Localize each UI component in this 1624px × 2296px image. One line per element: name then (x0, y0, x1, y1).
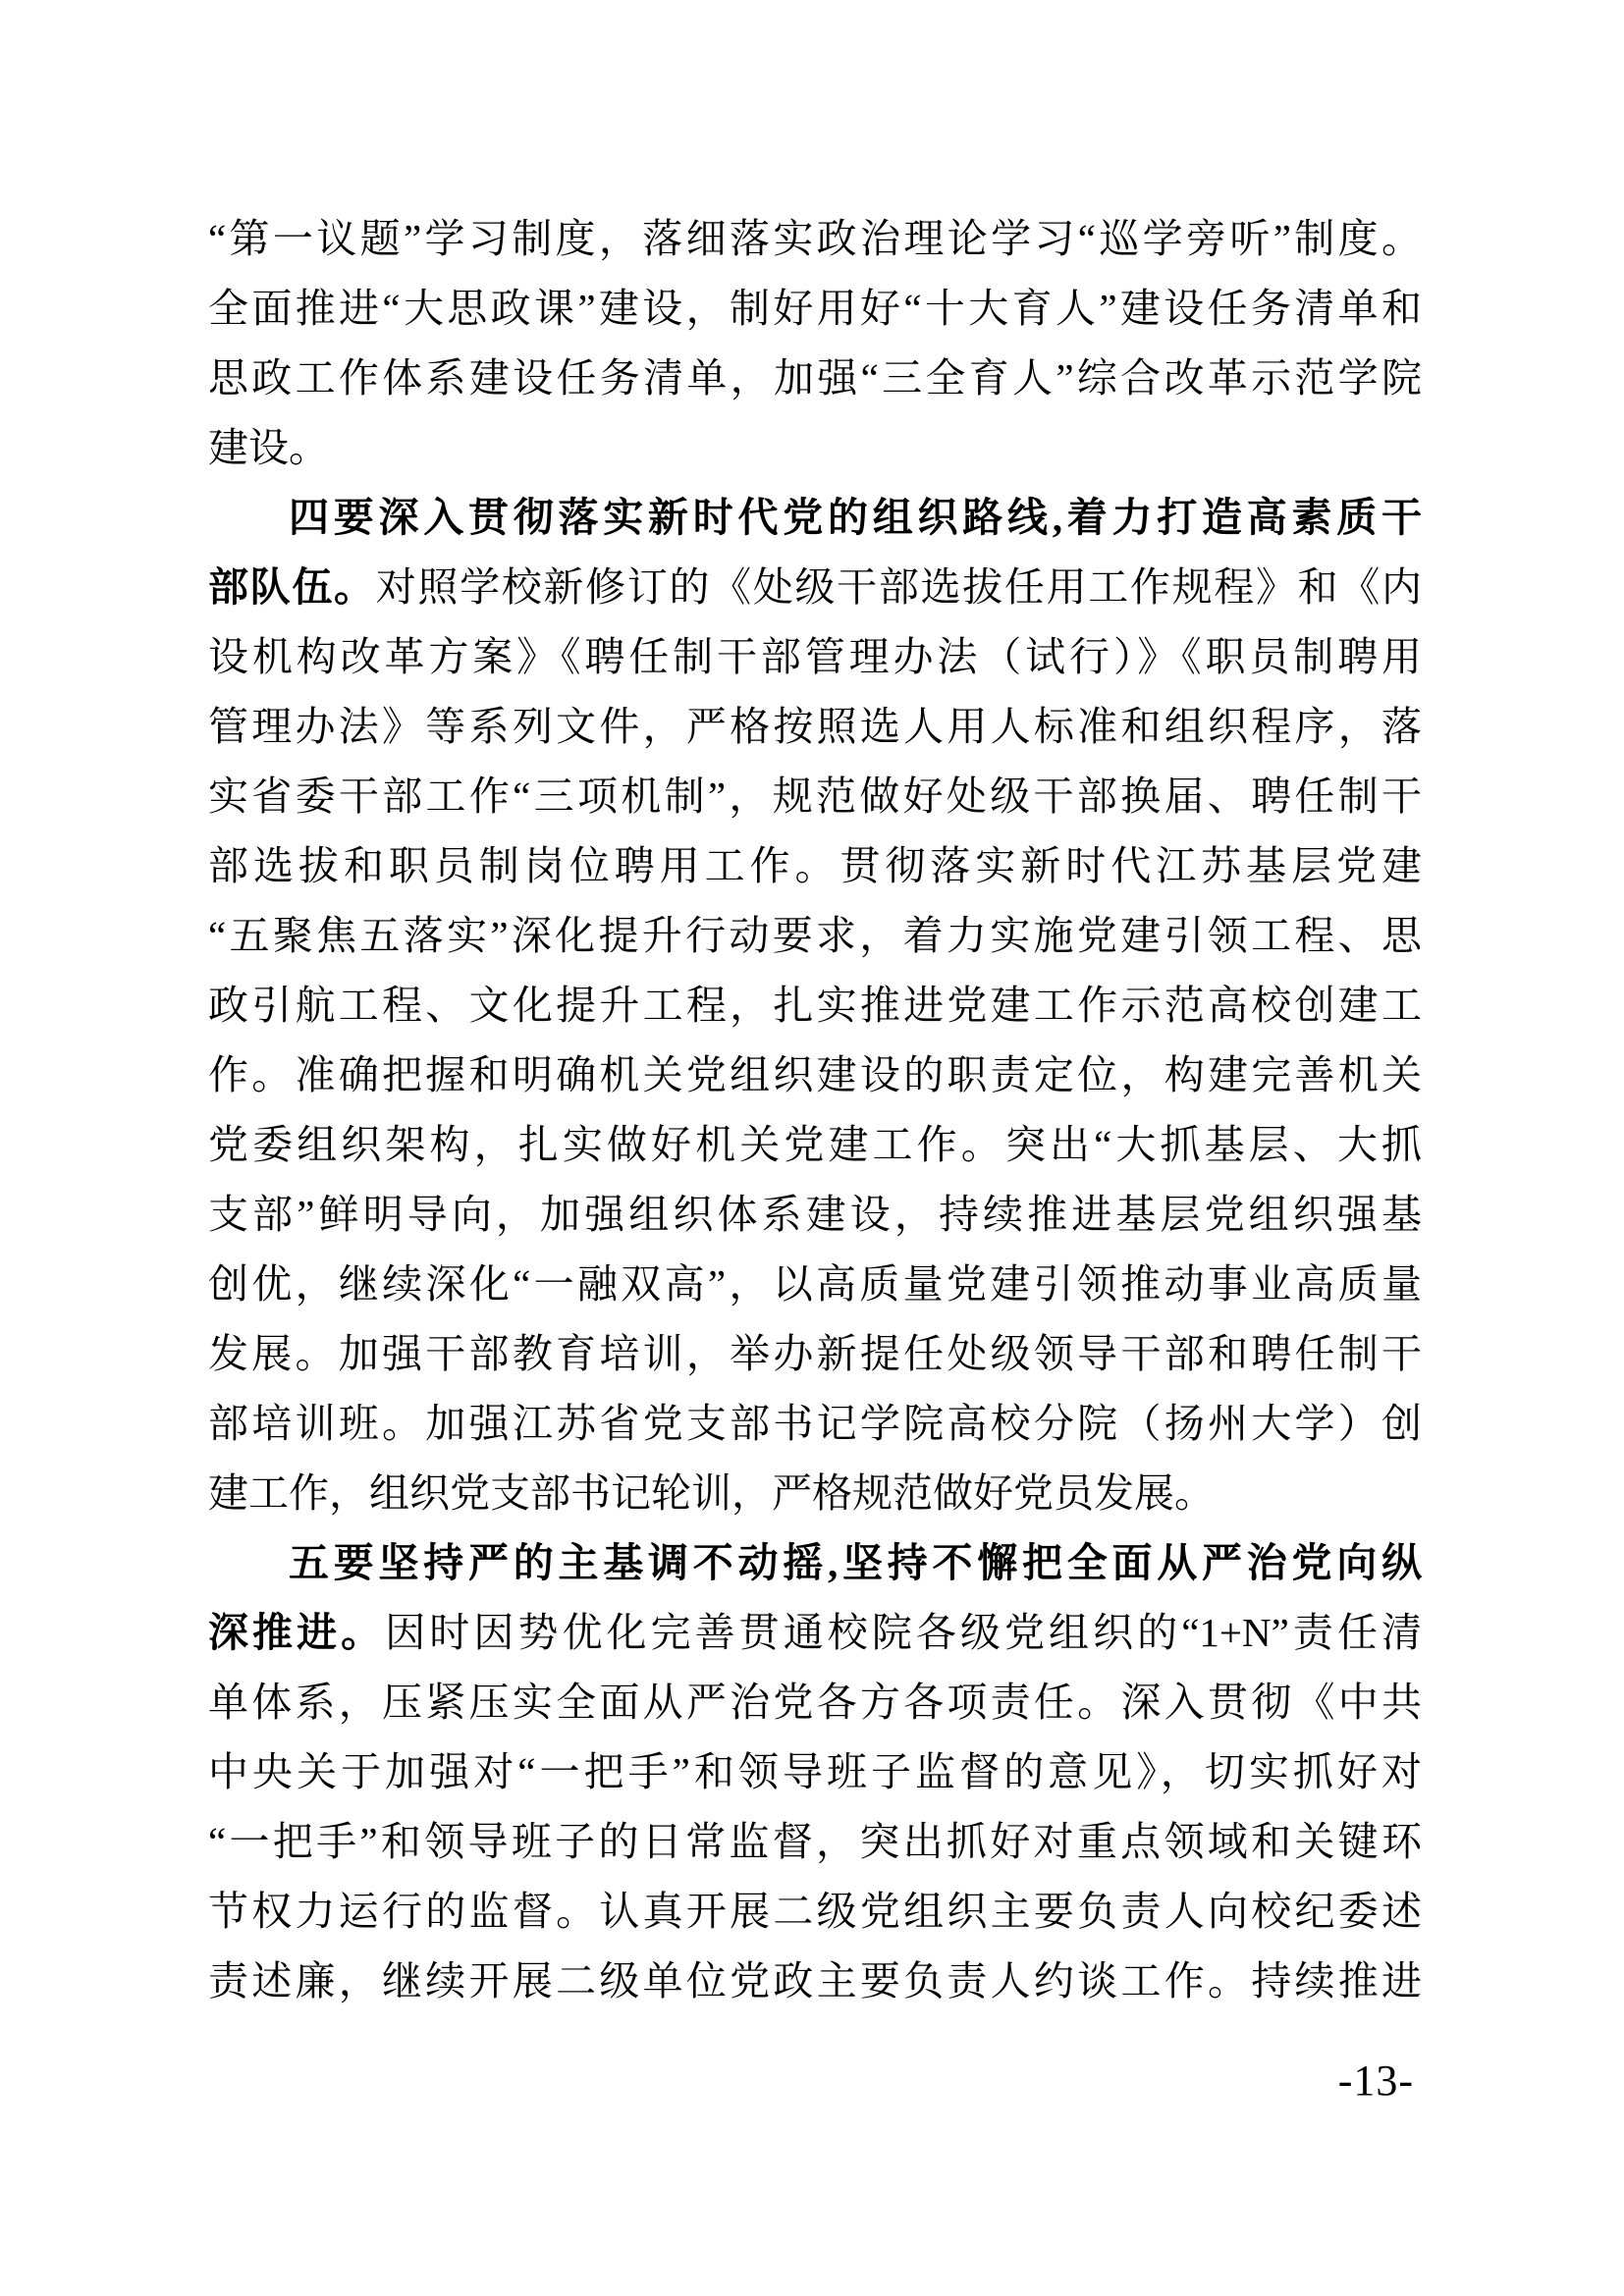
text-segment: 创优，继续深化“一融双高”，以高质量党建引领推动事业高质量 (208, 1261, 1422, 1307)
text-segment: “一把手”和领导班子的日常监督，突出抓好对重点领域和关键环 (208, 1819, 1422, 1864)
bold-text-segment: 部队伍。 (208, 564, 376, 610)
text-segment: 节权力运行的监督。认真开展二级党组织主要负责人向校纪委述 (208, 1889, 1422, 1934)
text-segment: 支部”鲜明导向，加强组织体系建设，持续推进基层党组织强基 (208, 1192, 1422, 1237)
text-segment: “第一议题”学习制度，落细落实政治理论学习“巡学旁听”制度。 (208, 216, 1422, 261)
text-line: 中央关于加强对“一把手”和领导班子监督的意见》，切实抓好对 (208, 1737, 1422, 1807)
text-segment: 建设。 (208, 425, 329, 470)
text-line: 深推进。因时因势优化完善贯通校院各级党组织的“1+N”责任清 (208, 1598, 1422, 1668)
text-line: 责述廉，继续开展二级单位党政主要负责人约谈工作。持续推进 (208, 1947, 1422, 2016)
text-line: 政引航工程、文化提升工程，扎实推进党建工作示范高校创建工 (208, 971, 1422, 1041)
text-line: 管理办法》等系列文件，严格按照选人用人标准和组织程序，落 (208, 692, 1422, 762)
document-body: “第一议题”学习制度，落细落实政治理论学习“巡学旁听”制度。全面推进“大思政课”… (208, 204, 1422, 2016)
text-line: 全面推进“大思政课”建设，制好用好“十大育人”建设任务清单和 (208, 274, 1422, 344)
bold-text-segment: 五要坚持严的主基调不动摇,坚持不懈把全面从严治党向纵 (289, 1540, 1422, 1585)
text-segment: 因时因势优化完善贯通校院各级党组织的“1+N”责任清 (385, 1610, 1422, 1655)
text-line: 部队伍。对照学校新修订的《处级干部选拔任用工作规程》和《内 (208, 553, 1422, 622)
text-segment: “五聚焦五落实”深化提升行动要求，着力实施党建引领工程、思 (208, 913, 1422, 958)
text-segment: 实省委干部工作“三项机制”，规范做好处级干部换届、聘任制干 (208, 774, 1422, 819)
text-segment: 建工作，组织党支部书记轮训，严格规范做好党员发展。 (208, 1470, 1215, 1516)
text-line: 五要坚持严的主基调不动摇,坚持不懈把全面从严治党向纵 (208, 1528, 1422, 1598)
text-segment: 管理办法》等系列文件，严格按照选人用人标准和组织程序，落 (208, 704, 1422, 749)
text-line: 部选拔和职员制岗位聘用工作。贯彻落实新时代江苏基层党建 (208, 831, 1422, 901)
text-line: 建设。 (208, 413, 1422, 483)
bold-text-segment: 深推进。 (208, 1610, 385, 1655)
text-segment: 党委组织架构，扎实做好机关党建工作。突出“大抓基层、大抓 (208, 1122, 1422, 1167)
text-segment: 设机构改革方案》《聘任制干部管理办法（试行）》《职员制聘用 (208, 634, 1422, 679)
text-segment: 部选拔和职员制岗位聘用工作。贯彻落实新时代江苏基层党建 (208, 843, 1422, 888)
text-segment: 政引航工程、文化提升工程，扎实推进党建工作示范高校创建工 (208, 983, 1422, 1028)
text-segment: 思政工作体系建设任务清单，加强“三全育人”综合改革示范学院 (208, 355, 1422, 400)
text-line: 四要深入贯彻落实新时代党的组织路线,着力打造高素质干 (208, 483, 1422, 553)
text-line: “五聚焦五落实”深化提升行动要求，着力实施党建引领工程、思 (208, 901, 1422, 971)
text-line: “一把手”和领导班子的日常监督，突出抓好对重点领域和关键环 (208, 1807, 1422, 1877)
text-line: 单体系，压紧压实全面从严治党各方各项责任。深入贯彻《中共 (208, 1668, 1422, 1737)
text-line: “第一议题”学习制度，落细落实政治理论学习“巡学旁听”制度。 (208, 204, 1422, 274)
bold-text-segment: 四要深入贯彻落实新时代党的组织路线,着力打造高素质干 (289, 495, 1422, 540)
text-segment: 中央关于加强对“一把手”和领导班子监督的意见》，切实抓好对 (208, 1749, 1422, 1794)
text-segment: 单体系，压紧压实全面从严治党各方各项责任。深入贯彻《中共 (208, 1680, 1422, 1725)
text-line: 思政工作体系建设任务清单，加强“三全育人”综合改革示范学院 (208, 344, 1422, 413)
text-segment: 对照学校新修订的《处级干部选拔任用工作规程》和《内 (376, 564, 1422, 610)
text-segment: 发展。加强干部教育培训，举办新提任处级领导干部和聘任制干 (208, 1331, 1422, 1376)
text-line: 设机构改革方案》《聘任制干部管理办法（试行）》《职员制聘用 (208, 622, 1422, 692)
text-line: 实省委干部工作“三项机制”，规范做好处级干部换届、聘任制干 (208, 762, 1422, 831)
text-line: 节权力运行的监督。认真开展二级党组织主要负责人向校纪委述 (208, 1877, 1422, 1947)
text-line: 发展。加强干部教育培训，举办新提任处级领导干部和聘任制干 (208, 1319, 1422, 1389)
text-segment: 全面推进“大思政课”建设，制好用好“十大育人”建设任务清单和 (208, 286, 1422, 331)
text-segment: 责述廉，继续开展二级单位党政主要负责人约谈工作。持续推进 (208, 1958, 1422, 2003)
text-line: 党委组织架构，扎实做好机关党建工作。突出“大抓基层、大抓 (208, 1110, 1422, 1180)
page-number: -13- (1338, 2057, 1414, 2105)
text-line: 创优，继续深化“一融双高”，以高质量党建引领推动事业高质量 (208, 1250, 1422, 1319)
text-line: 支部”鲜明导向，加强组织体系建设，持续推进基层党组织强基 (208, 1180, 1422, 1250)
text-segment: 作。准确把握和明确机关党组织建设的职责定位，构建完善机关 (208, 1052, 1422, 1097)
text-line: 部培训班。加强江苏省党支部书记学院高校分院（扬州大学）创 (208, 1389, 1422, 1459)
text-segment: 部培训班。加强江苏省党支部书记学院高校分院（扬州大学）创 (208, 1401, 1422, 1446)
text-line: 建工作，组织党支部书记轮训，严格规范做好党员发展。 (208, 1459, 1422, 1528)
text-line: 作。准确把握和明确机关党组织建设的职责定位，构建完善机关 (208, 1041, 1422, 1110)
document-page: “第一议题”学习制度，落细落实政治理论学习“巡学旁听”制度。全面推进“大思政课”… (0, 0, 1624, 2296)
